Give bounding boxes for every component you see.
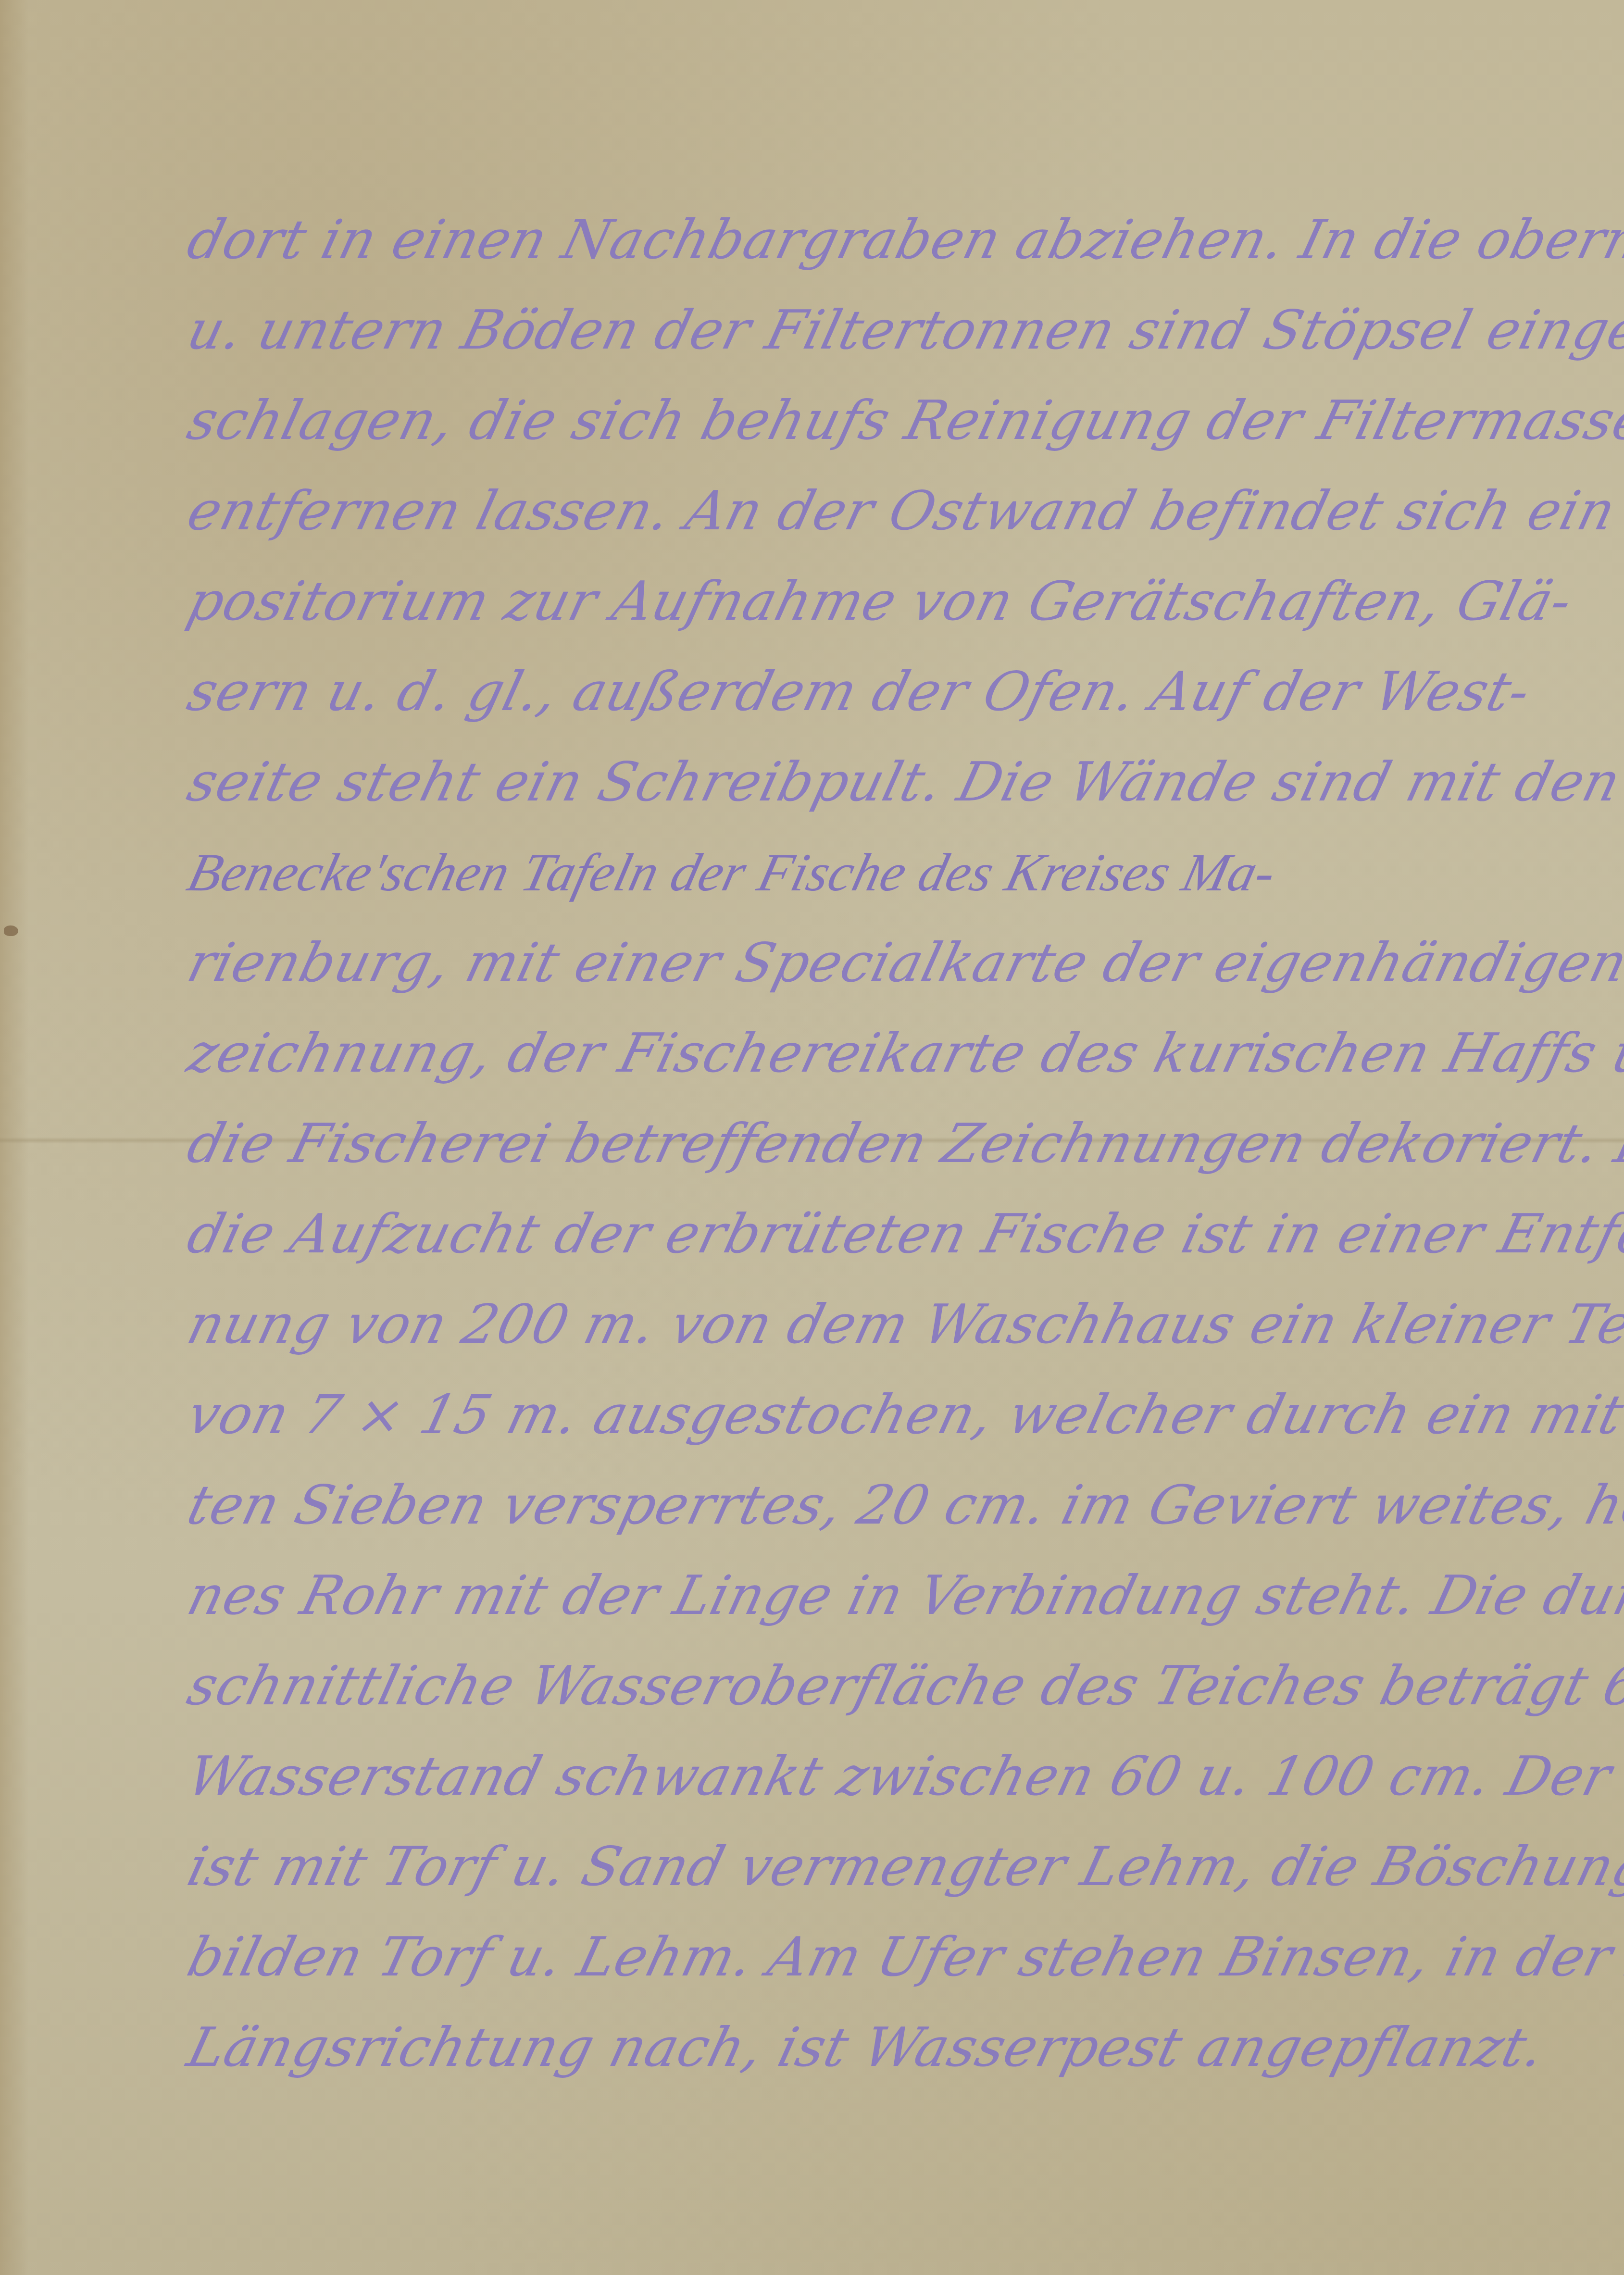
manuscript-line-6: sern u. d. gl., außerdem der Ofen. Auf d… (178, 647, 1609, 737)
manuscript-line-1: dort in einen Nachbargraben abziehen. In… (178, 195, 1609, 285)
manuscript-line-3: schlagen, die sich behufs Reinigung der … (178, 375, 1609, 466)
manuscript-line-21: Längsrichtung nach, ist Wasserpest angep… (178, 2002, 1609, 2093)
ink-stain-spot (4, 925, 18, 936)
manuscript-line-12: die Aufzucht der erbrüteten Fische ist i… (178, 1189, 1609, 1279)
manuscript-line-13: nung von 200 m. von dem Waschhaus ein kl… (178, 1279, 1609, 1370)
manuscript-line-10: zeichnung, der Fischereikarte des kurisc… (178, 1008, 1609, 1099)
manuscript-line-9: rienburg, mit einer Specialkarte der eig… (178, 918, 1609, 1008)
manuscript-line-5: positorium zur Aufnahme von Gerätschafte… (178, 556, 1609, 647)
manuscript-line-11: die Fischerei betreffenden Zeichnungen d… (178, 1099, 1609, 1189)
manuscript-line-7: seite steht ein Schreibpult. Die Wände s… (178, 737, 1609, 827)
manuscript-line-17: schnittliche Wasseroberfläche des Teiche… (178, 1641, 1609, 1731)
manuscript-line-20: bilden Torf u. Lehm. Am Ufer stehen Bins… (178, 1912, 1609, 2002)
manuscript-line-15: ten Sieben versperrtes, 20 cm. im Gevier… (178, 1460, 1609, 1550)
manuscript-line-18: Wasserstand schwankt zwischen 60 u. 100 … (178, 1731, 1609, 1822)
manuscript-line-8: Benecke'schen Tafeln der Fische des Krei… (178, 827, 1609, 918)
paper-page: dort in einen Nachbargraben abziehen. In… (0, 0, 1624, 2275)
manuscript-line-19: ist mit Torf u. Sand vermengter Lehm, di… (178, 1822, 1609, 1912)
manuscript-line-16: nes Rohr mit der Linge in Verbindung ste… (178, 1550, 1609, 1641)
manuscript-line-14: von 7 × 15 m. ausgestochen, welcher durc… (178, 1370, 1609, 1460)
handwritten-text-block: dort in einen Nachbargraben abziehen. In… (178, 195, 1587, 2093)
manuscript-line-2: u. untern Böden der Filtertonnen sind St… (178, 285, 1609, 375)
manuscript-line-4: entfernen lassen. An der Ostwand befinde… (178, 466, 1609, 556)
